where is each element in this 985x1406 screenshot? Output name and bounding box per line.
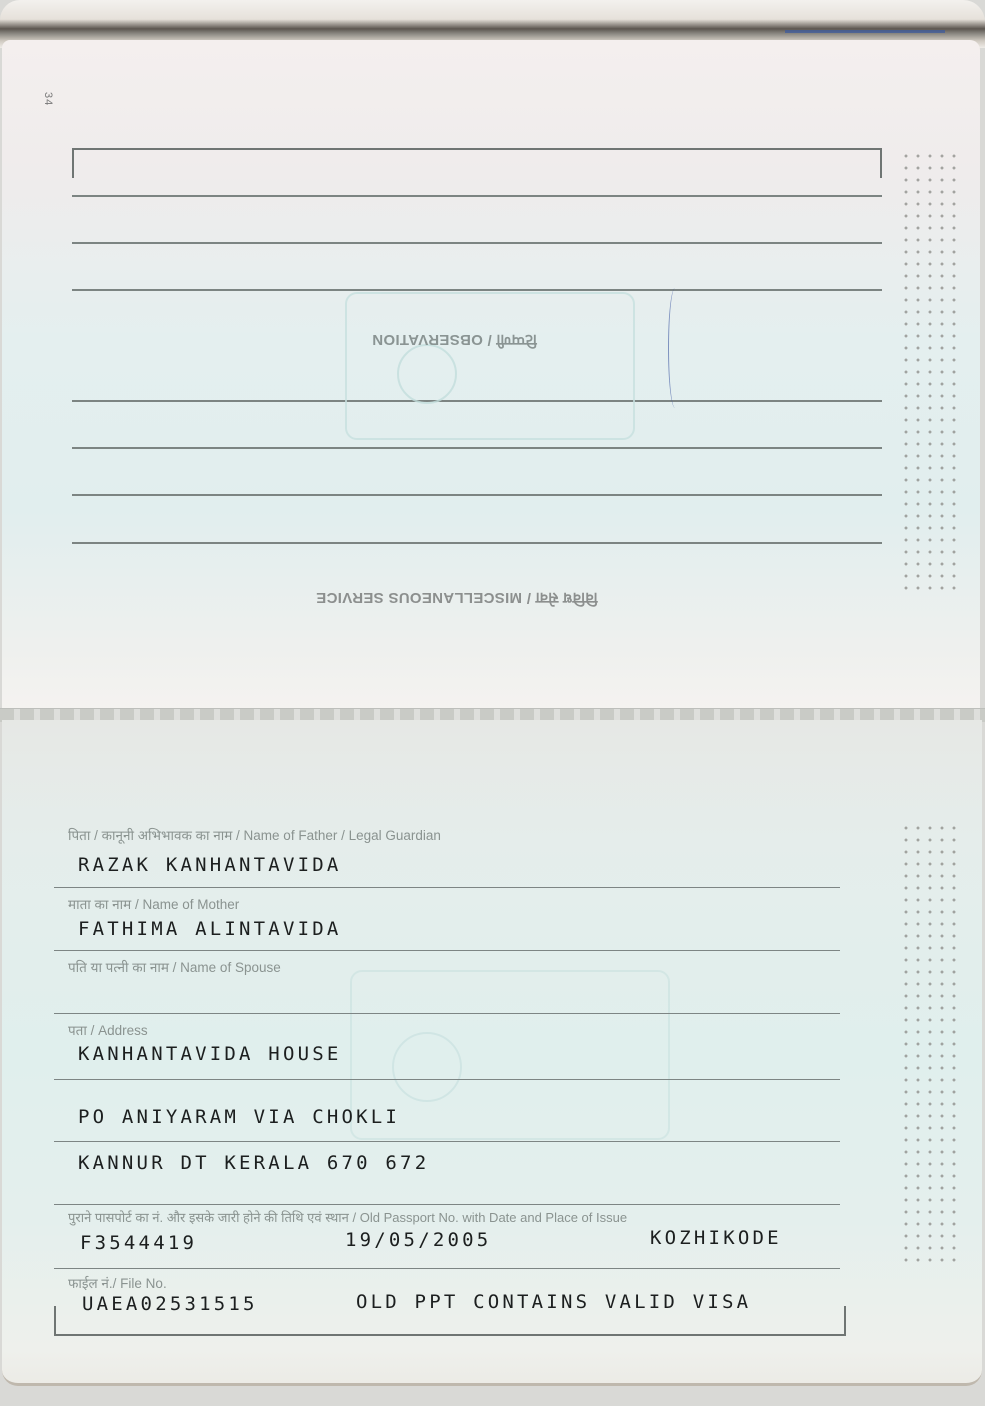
file-number-label: फाईल नं./ File No. [68, 1274, 167, 1292]
observation-frame [72, 148, 882, 178]
ruled-line [72, 242, 882, 244]
field-divider [54, 887, 840, 888]
cover-edge-stripe [785, 30, 945, 33]
miscellaneous-service-label: विविध सेवा / MISCELLANEOUS SERVICE [316, 588, 597, 608]
ruled-line [72, 195, 882, 197]
old-passport-issue-place: KOZHIKODE [650, 1227, 782, 1249]
father-name-value: RAZAK KANHANTAVIDA [78, 854, 342, 876]
field-divider [54, 1079, 840, 1080]
national-emblem-watermark-icon [345, 292, 635, 440]
address-label: पता / Address [68, 1021, 148, 1039]
mother-name-value: FATHIMA ALINTAVIDA [78, 918, 342, 940]
ashoka-chakra-icon [397, 344, 457, 404]
spouse-name-label: पति या पत्नी का नाम / Name of Spouse [68, 958, 281, 976]
perforated-passport-number [900, 150, 960, 590]
address-line-2: PO ANIYARAM VIA CHOKLI [78, 1106, 400, 1128]
mother-name-label: माता का नाम / Name of Mother [68, 895, 239, 913]
ashoka-chakra-icon [392, 1032, 462, 1102]
old-passport-label: पुराने पासपोर्ट का नं. और इसके जारी होने… [68, 1208, 627, 1226]
father-name-label: पिता / कानूनी अभिभावक का नाम / Name of F… [68, 826, 441, 844]
ruled-line [72, 289, 882, 291]
field-divider [54, 1013, 840, 1014]
field-divider [54, 1204, 840, 1205]
ruled-line [72, 494, 882, 496]
ink-mark [668, 288, 682, 408]
address-line-3: KANNUR DT KERALA 670 672 [78, 1152, 429, 1174]
field-divider [54, 950, 840, 951]
ruled-line [72, 447, 882, 449]
old-passport-number: F3544419 [80, 1232, 197, 1254]
old-passport-issue-date: 19/05/2005 [345, 1229, 491, 1251]
field-divider [54, 1141, 840, 1142]
page-number: 34 [42, 92, 54, 106]
address-line-1: KANHANTAVIDA HOUSE [78, 1043, 342, 1065]
observation-label: टिप्पणी / OBSERVATION [372, 330, 537, 350]
perforated-passport-number [900, 822, 960, 1262]
ruled-line [72, 542, 882, 544]
file-number-frame [54, 1306, 846, 1336]
field-divider [54, 1268, 840, 1269]
